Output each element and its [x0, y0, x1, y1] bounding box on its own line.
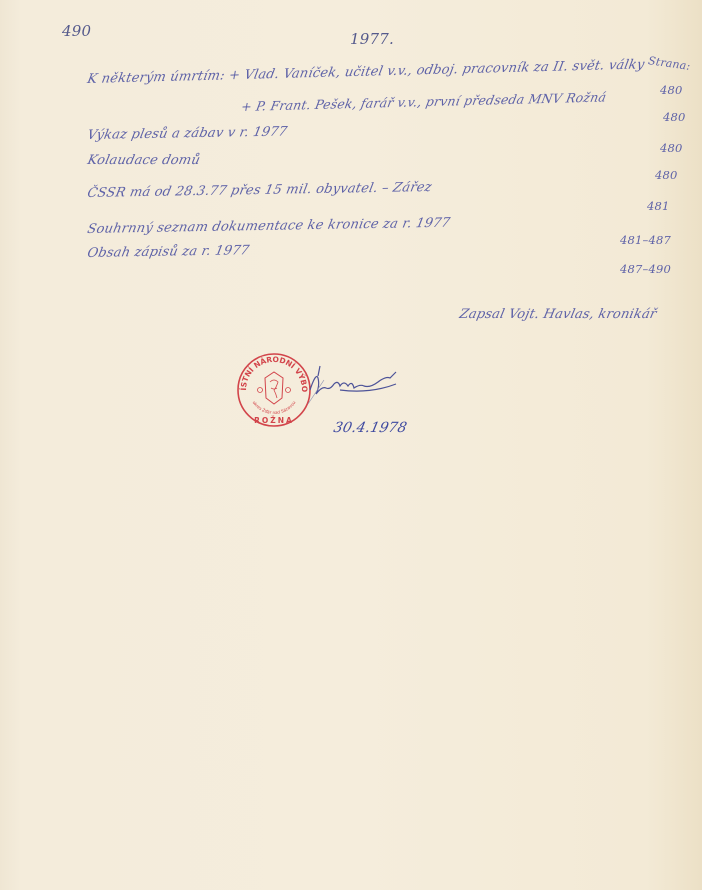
entry-line: Výkaz plesů a zábav v r. 1977	[86, 124, 289, 143]
chronicle-page: 490 1977. Strana: K některým úmrtím: + V…	[0, 0, 702, 890]
page-column-header: Strana:	[647, 54, 691, 73]
entry-page: 480	[660, 83, 683, 97]
entry-line: K některým úmrtím: + Vlad. Vaníček, učit…	[86, 57, 646, 87]
signature-date: 30.4.1978	[332, 420, 408, 436]
author-line: Zapsal Vojt. Havlas, kronikář	[458, 307, 658, 322]
entry-page: 487–490	[620, 262, 671, 276]
entry-page: 480	[663, 110, 686, 124]
svg-text:okres Žďár nad Sázavou: okres Žďár nad Sázavou	[252, 400, 297, 415]
entry-page: 480	[655, 168, 678, 182]
entry-line: Souhrnný seznam dokumentace ke kronice z…	[86, 216, 451, 237]
entry-page: 480	[660, 141, 683, 155]
signature-icon	[300, 360, 420, 410]
entry-line: ČSSR má od 28.3.77 přes 15 mil. obyvatel…	[86, 180, 433, 201]
svg-text:MÍSTNÍ NÁRODNÍ VÝBOR: MÍSTNÍ NÁRODNÍ VÝBOR	[236, 352, 309, 392]
entry-page: 481	[647, 199, 670, 213]
entry-page: 481–487	[620, 233, 671, 247]
entry-line: Kolaudace domů	[86, 153, 202, 168]
entry-line: + P. Frant. Pešek, farář v.v., první pře…	[240, 89, 608, 114]
page-number: 490	[62, 22, 91, 40]
entry-line: Obsah zápisů za r. 1977	[86, 243, 251, 261]
svg-text:ROŽNA: ROŽNA	[254, 416, 294, 425]
year-heading: 1977.	[350, 30, 394, 48]
